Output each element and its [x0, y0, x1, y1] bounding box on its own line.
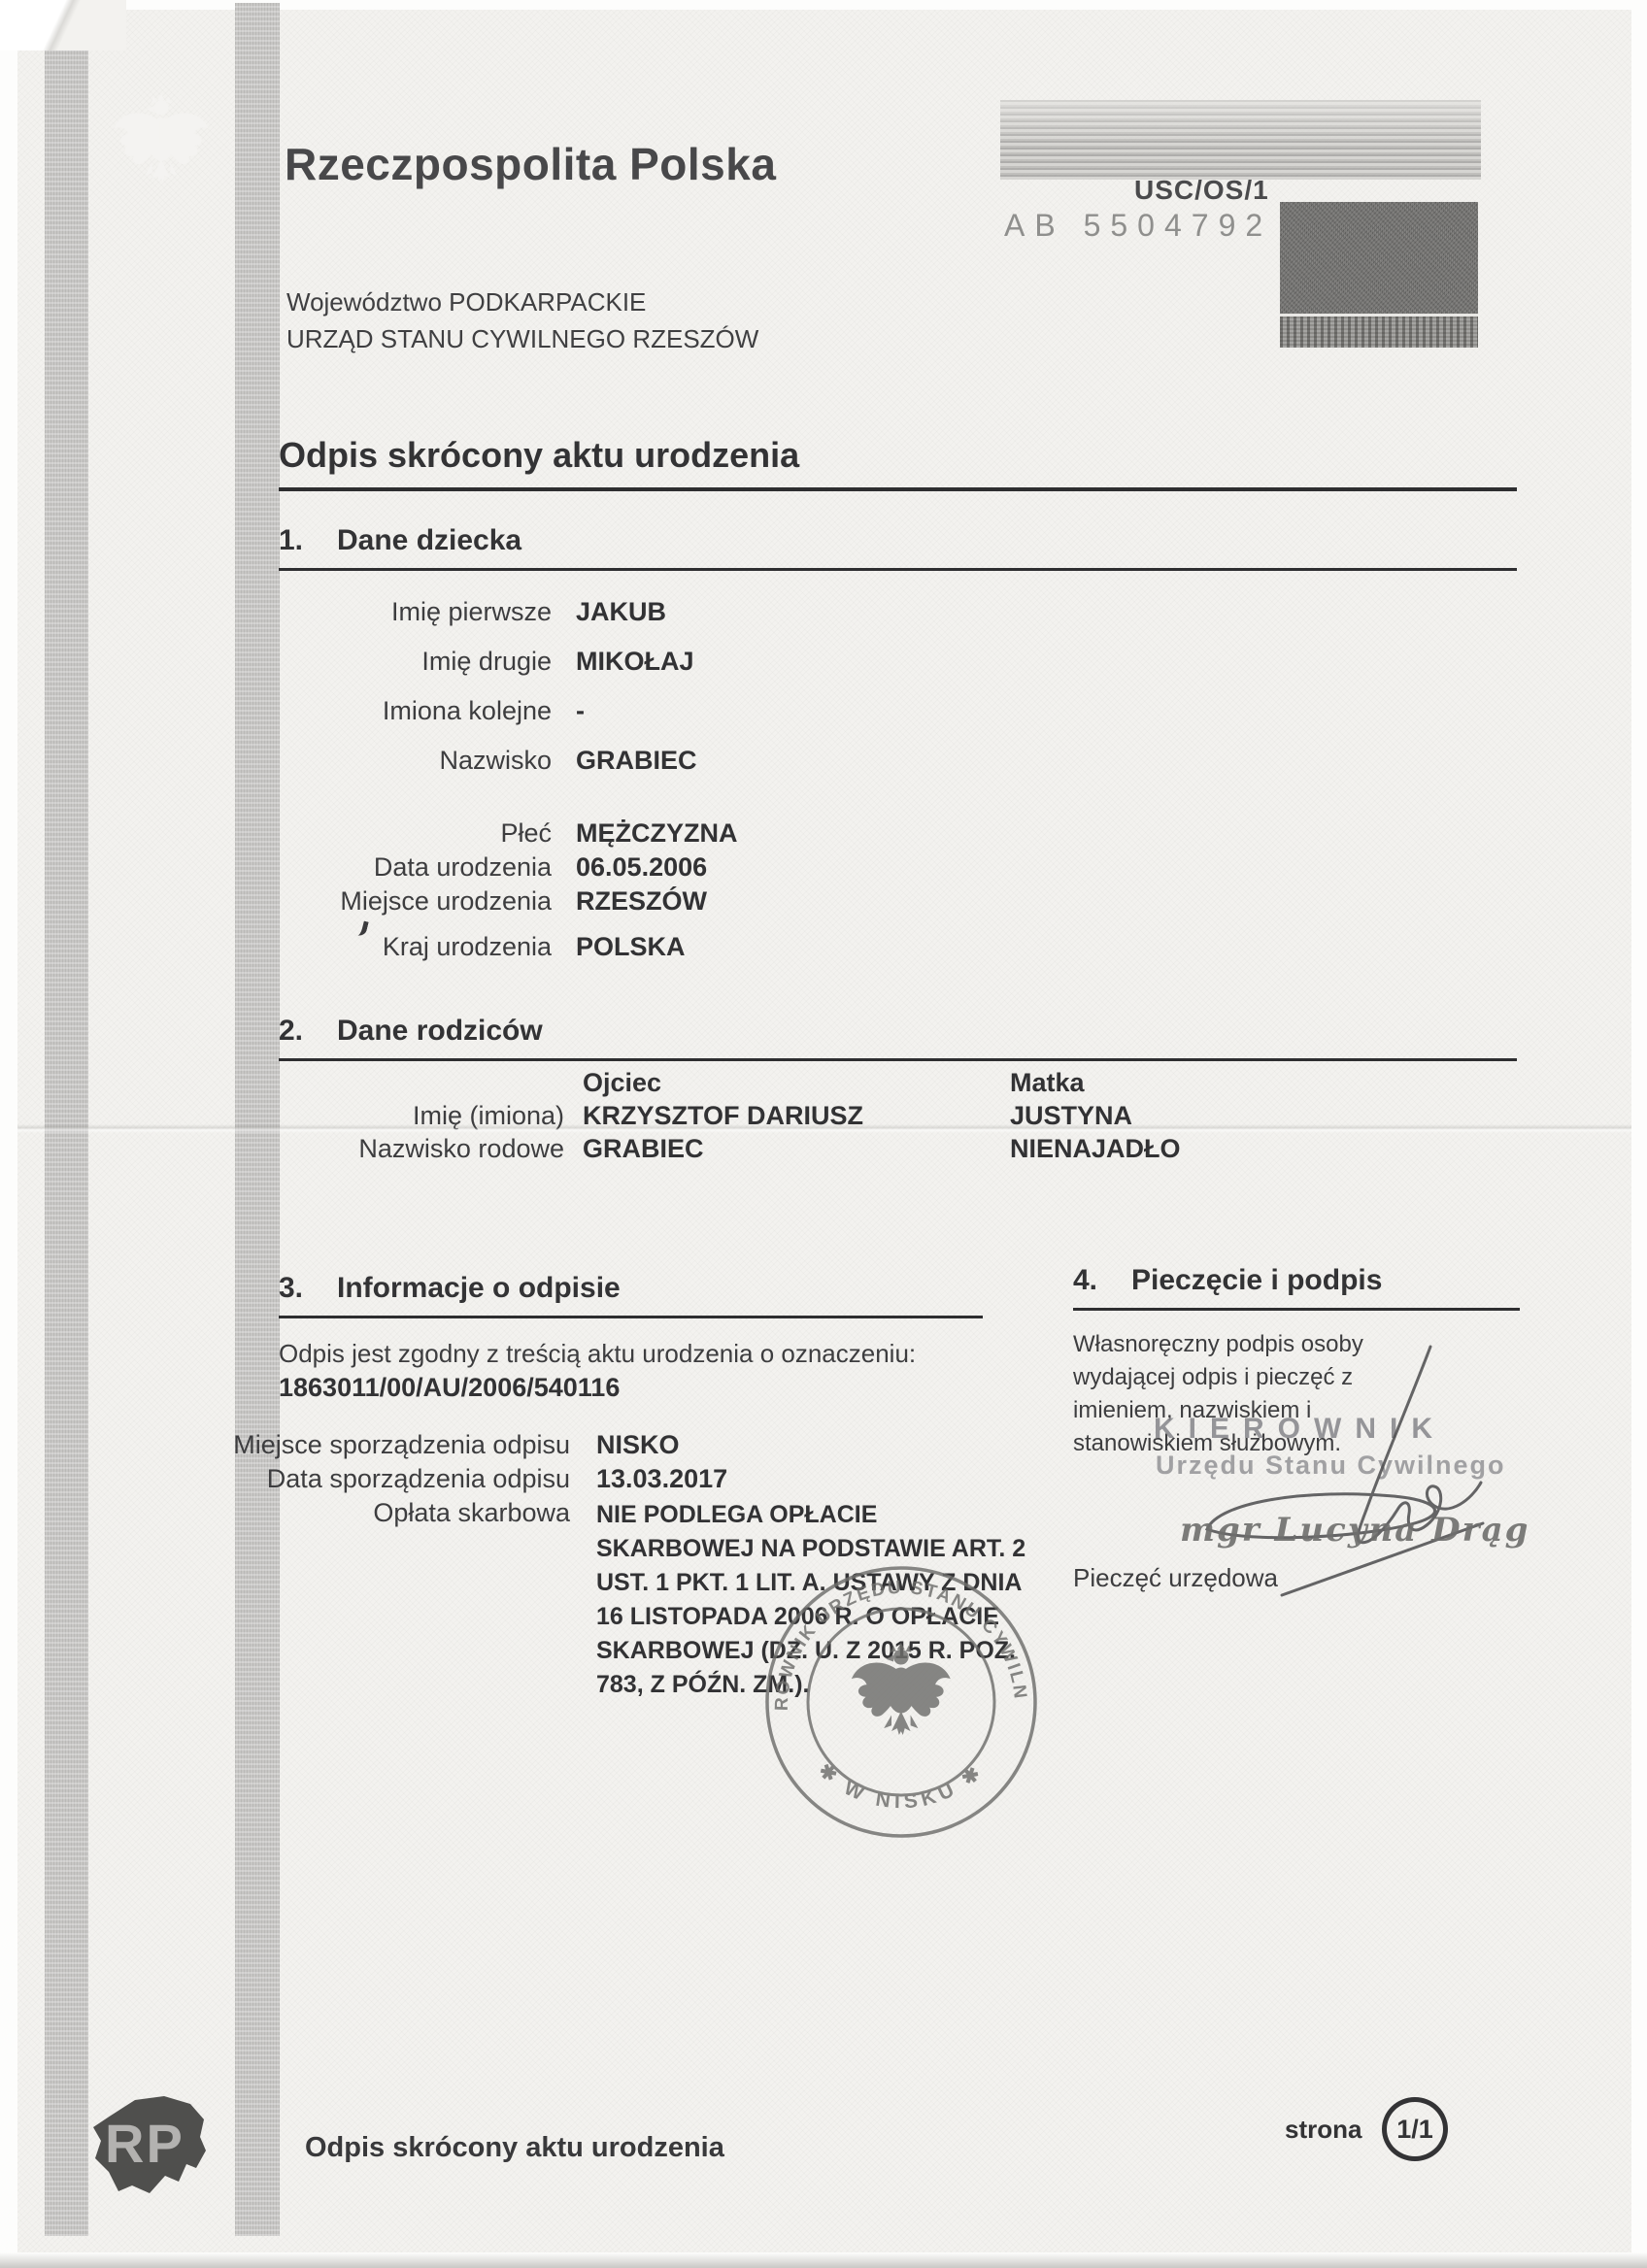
page-number-badge: 1/1: [1382, 2097, 1448, 2161]
field-value: -: [576, 696, 585, 726]
page-curl: [0, 0, 126, 50]
father-column-header: Ojciec: [583, 1068, 661, 1098]
title-rule: [279, 487, 1517, 491]
scanned-birth-certificate: Rzeczpospolita Polska USC/OS/1 AB 550479…: [0, 0, 1647, 2268]
eagle-emblem-icon: [107, 92, 216, 206]
section4-title: Pieczęcie i podpis: [1131, 1264, 1382, 1297]
security-stripes-bar: [1000, 100, 1481, 180]
section2-number: 2.: [279, 1015, 303, 1048]
field-row: Kraj urodzeniaPOLSKA: [0, 932, 1647, 967]
section1-number: 1.: [279, 524, 303, 557]
field-label: Imię pierwsze: [279, 597, 552, 627]
mother-column-header: Matka: [1010, 1068, 1085, 1098]
seal-caption: Pieczęć urzędowa: [1073, 1563, 1278, 1593]
voivodeship-line: Województwo PODKARPACKIE: [286, 287, 646, 317]
poland-map-icon: RP: [82, 2085, 218, 2248]
mother-family-name: NIENAJADŁO: [1010, 1134, 1181, 1164]
field-value: GRABIEC: [576, 746, 697, 776]
fold-crease: [17, 1124, 1631, 1133]
footer-document-title: Odpis skrócony aktu urodzenia: [305, 2132, 724, 2164]
official-seal-icon: KIEROWNIK URZĘDU STANU CYWILNEGO ✱ W NIS…: [760, 1561, 1042, 1848]
field-value: POLSKA: [576, 932, 686, 962]
field-label: Nazwisko rodowe: [279, 1134, 564, 1164]
field-row: PłećMĘŻCZYZNA: [0, 818, 1647, 853]
page-title: Odpis skrócony aktu urodzenia: [279, 435, 799, 476]
field-label: Imiona kolejne: [279, 696, 552, 726]
section4-number: 4.: [1073, 1264, 1097, 1297]
field-label: Miejsce sporządzenia odpisu: [194, 1430, 570, 1460]
section4-rule: [1073, 1308, 1520, 1311]
field-row: Imię pierwszeJAKUB: [0, 597, 1647, 632]
name-stamp-signer: mgr Lucyna Drąg: [1180, 1511, 1529, 1550]
svg-text:✱ W NISKU ✱: ✱ W NISKU ✱: [814, 1759, 989, 1814]
field-label: Data sporządzenia odpisu: [194, 1464, 570, 1494]
field-value: 13.03.2017: [596, 1464, 727, 1494]
field-row: NazwiskoGRABIEC: [0, 746, 1647, 781]
father-family-name: GRABIEC: [583, 1134, 704, 1164]
field-value: MIKOŁAJ: [576, 647, 694, 677]
map-initials: RP: [105, 2113, 185, 2174]
country-title: Rzeczpospolita Polska: [285, 138, 776, 190]
field-value: 06.05.2006: [576, 852, 707, 883]
field-row: Miejsce urodzeniaRZESZÓW: [0, 886, 1647, 921]
copy-conformity-note: Odpis jest zgodny z treścią aktu urodzen…: [279, 1339, 916, 1369]
section1-title: Dane dziecka: [337, 524, 521, 557]
field-label: Imię drugie: [279, 647, 552, 677]
section2-rule: [279, 1058, 1517, 1061]
registry-office-line: URZĄD STANU CYWILNEGO RZESZÓW: [286, 324, 758, 354]
field-label: Nazwisko: [279, 746, 552, 776]
field-value: RZESZÓW: [576, 886, 707, 917]
form-code: USC/OS/1: [1134, 175, 1269, 206]
series-number: AB 5504792: [1004, 208, 1272, 244]
field-label: Opłata skarbowa: [194, 1498, 570, 1528]
scan-photo-box: [1280, 202, 1478, 348]
field-label: Kraj urodzenia: [279, 932, 552, 962]
field-label: Płeć: [279, 818, 552, 849]
section1-rule: [279, 568, 1517, 571]
field-row: Data urodzenia06.05.2006: [0, 852, 1647, 887]
field-value: MĘŻCZYZNA: [576, 818, 737, 849]
field-label: Miejsce urodzenia: [279, 886, 552, 917]
page-indicator-label: strona: [1285, 2115, 1361, 2145]
field-row: Imiona kolejne-: [0, 696, 1647, 731]
seal-bottom-text: ✱ W NISKU ✱: [814, 1759, 989, 1814]
field-value: JAKUB: [576, 597, 666, 627]
act-reference-number: 1863011/00/AU/2006/540116: [279, 1373, 620, 1403]
section3-rule: [279, 1316, 983, 1318]
field-label: Data urodzenia: [279, 852, 552, 883]
section3-title: Informacje o odpisie: [337, 1272, 621, 1305]
bottom-shadow: [0, 2252, 1647, 2268]
section2-title: Dane rodziców: [337, 1015, 543, 1048]
section3-number: 3.: [279, 1272, 303, 1305]
field-value: NISKO: [596, 1430, 680, 1460]
field-row: Imię drugieMIKOŁAJ: [0, 647, 1647, 682]
